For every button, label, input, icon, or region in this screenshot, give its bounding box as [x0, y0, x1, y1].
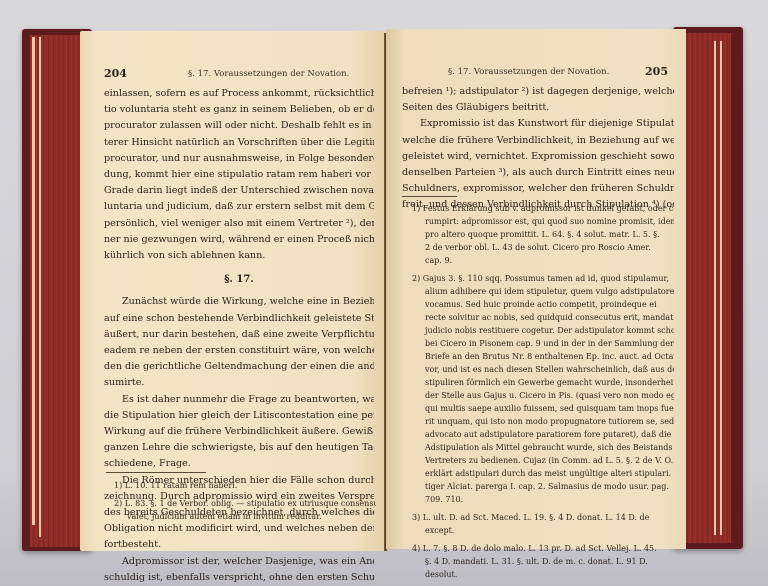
text-line: Schuldners, expromissor, welcher den frü…	[402, 181, 674, 197]
footnote-line: valet, judicium autem etiam in invitum r…	[114, 510, 376, 523]
footnote-line: judicio nobis restituere cogetur. Der ad…	[412, 324, 674, 337]
text-line: sumirte.	[104, 375, 374, 391]
right-page: §. 17. Voraussetzungen der Novation. 205…	[386, 29, 686, 549]
text-line: äußert, nur darin bestehen, daß eine zwe…	[104, 327, 374, 343]
text-line: Zunächst würde die Wirkung, welche eine …	[104, 294, 374, 310]
gilt-line	[32, 37, 35, 525]
footnote-line: tiger Alciat. parerga I. cap. 2. Salmasi…	[412, 480, 674, 493]
footnote-line: der Stelle aus Gajus u. Cicero in Pis. (…	[412, 389, 674, 402]
footnotes: 1) L. 10. 11 ratam rem haberi. 2) L. 83.…	[114, 479, 376, 528]
footnote-line: rumpirt: adpromissor est, qui quod suo n…	[412, 215, 674, 228]
text-line: luntaria und judicium, daß zur erstern s…	[104, 199, 374, 215]
text-line: eadem re neben der ersten constituirt wä…	[104, 343, 374, 359]
footnote-line: cap. 9.	[412, 254, 674, 267]
footnote-line: except.	[412, 524, 674, 537]
footnotes: 1) Festus Erklärung sub v. adpromissor i…	[412, 202, 674, 586]
footnote-line: desolut.	[412, 568, 674, 581]
text-line: ner nie gezwungen wird, während er einen…	[104, 232, 374, 248]
footnote-line: Vertreters zu bedienen. Cujaz (in Comm. …	[412, 454, 674, 467]
text-line: denselben Parteien ³), als auch durch Ei…	[402, 165, 674, 181]
text-line: Adpromissor ist der, welcher Dasjenige, …	[104, 554, 374, 570]
text-line: auf eine schon bestehende Verbindlichkei…	[104, 311, 374, 327]
text-line: befreien ¹); adstipulator ²) ist dagegen…	[402, 84, 674, 100]
text-line: die Stipulation hier gleich der Litiscon…	[104, 408, 374, 424]
text-line: geleistet wird, vernichtet. Expromission…	[402, 149, 674, 165]
footnote-line: 1) Festus Erklärung sub v. adpromissor i…	[412, 202, 674, 215]
paragraph: Zunächst würde die Wirkung, welche eine …	[104, 294, 374, 391]
footnote-line: bei Cicero in Pisonem cap. 9 und in der …	[412, 337, 674, 350]
footnote-line: rit unquam, qui isto non modo propugnato…	[412, 415, 674, 428]
footnote-line: recte solvitur ac nobis, sed quidquid co…	[412, 311, 674, 324]
footnote-line: 709. 710.	[412, 493, 674, 506]
text-line: Expromissio ist das Kunstwort für diejen…	[402, 116, 674, 132]
text-line: Grade darin liegt indeß der Unterschied …	[104, 183, 374, 199]
footnote-line: alium adhibere qui idem stipuletur, quem…	[412, 285, 674, 298]
footnote-line: 4) L. 7. §. 8 D. de dolo malo. L. 13 pr.…	[412, 542, 674, 555]
text-line: Es ist daher nunmehr die Frage zu beantw…	[104, 392, 374, 408]
gilt-line	[720, 41, 722, 535]
page-number: 205	[645, 65, 668, 78]
footnote: 3) L. ult. D. ad Sct. Maced. L. 19. §. 4…	[412, 511, 674, 537]
text-line: kührlich von sich ablehnen kann.	[104, 248, 374, 264]
footnote: 2) L. 83. §. 1 de Verbor. oblig. — stipu…	[114, 497, 376, 523]
footnote-line: advocato aut adstipulatore paratiorem fo…	[412, 428, 674, 441]
footnote-line: pro altero quoque promittit. L. 64. §. 4…	[412, 228, 674, 241]
footnote-line: Briefe an den Brutus Nr. 8 enthaltenen E…	[412, 350, 674, 363]
footnote-line: 2) L. 83. §. 1 de Verbor. oblig. — stipu…	[114, 497, 376, 510]
open-book: 204 §. 17. Voraussetzungen der Novation.…	[22, 27, 743, 555]
text-line: fortbesteht.	[104, 537, 374, 553]
footnote: 4) L. 7. §. 8 D. de dolo malo. L. 13 pr.…	[412, 542, 674, 581]
text-line: schiedene, Frage.	[104, 456, 374, 472]
footnote-rule	[402, 196, 457, 197]
section-heading: §. 17.	[104, 272, 374, 288]
footnote-line: qui multis saepe auxilio fuissem, sed qu…	[412, 402, 674, 415]
footnote-line: 2 de verbor obl. L. 43 de solut. Cicero …	[412, 241, 674, 254]
text-line: den die gerichtliche Geltendmachung der …	[104, 359, 374, 375]
footnote-line: vor, und ist es nach diesen Stellen wahr…	[412, 363, 674, 376]
page-edges-right	[679, 33, 731, 543]
footnote-line: Adstipulation als Mittel gebraucht wurde…	[412, 441, 674, 454]
text-line: welche die frühere Verbindlichkeit, in B…	[402, 133, 674, 149]
left-page: 204 §. 17. Voraussetzungen der Novation.…	[80, 31, 386, 551]
running-head: §. 17. Voraussetzungen der Novation.	[448, 67, 609, 77]
paragraph: einlassen, sofern es auf Process ankommt…	[104, 86, 374, 264]
body-text: befreien ¹); adstipulator ²) ist dagegen…	[402, 84, 674, 214]
footnote-line: 1) L. 10. 11 ratam rem haberi.	[114, 479, 376, 492]
paragraph: Adpromissor ist der, welcher Dasjenige, …	[104, 554, 374, 586]
paragraph: befreien ¹); adstipulator ²) ist dagegen…	[402, 84, 674, 116]
footnote-line: §. 4 D. mandati. L. 31. §. ult. D. de m.…	[412, 555, 674, 568]
footnote-rule	[106, 472, 206, 473]
paragraph: Expromissio ist das Kunstwort für diejen…	[402, 116, 674, 213]
gilt-line	[39, 37, 41, 537]
footnote: 2) Gajus 3. §. 110 sqq. Possumus tamen a…	[412, 272, 674, 506]
text-line: tio voluntaria steht es ganz in seinem B…	[104, 102, 374, 118]
footnote-line: stipuliren förmlich ein Gewerbe gemacht …	[412, 376, 674, 389]
footnote-line: 2) Gajus 3. §. 110 sqq. Possumus tamen a…	[412, 272, 674, 285]
footnote-line: 3) L. ult. D. ad Sct. Maced. L. 19. §. 4…	[412, 511, 674, 524]
text-line: terer Hinsicht natürlich an Vorschriften…	[104, 135, 374, 151]
footnote: 1) L. 10. 11 ratam rem haberi.	[114, 479, 376, 492]
page-edges-left	[30, 35, 82, 547]
text-line: procurator, und nur ausnahmsweise, in Fo…	[104, 151, 374, 167]
text-line: Wirkung auf die frühere Verbindlichkeit …	[104, 424, 374, 440]
text-line: Seiten des Gläubigers beitritt.	[402, 100, 674, 116]
footnote: 1) Festus Erklärung sub v. adpromissor i…	[412, 202, 674, 267]
text-line: ganzen Lehre die schwierigste, bis auf d…	[104, 440, 374, 456]
page-number: 204	[104, 67, 127, 80]
running-head: §. 17. Voraussetzungen der Novation.	[188, 69, 349, 79]
text-line: persönlich, viel weniger also mit einem …	[104, 216, 374, 232]
gilt-line	[714, 41, 716, 535]
text-line: dung, kommt hier eine stipulatio ratam r…	[104, 167, 374, 183]
text-line: procurator zulassen will oder nicht. Des…	[104, 118, 374, 134]
footnote-line: erklärt adstipulari durch das meist ungü…	[412, 467, 674, 480]
footnote-line: vocamus. Sed huic proinde actio competit…	[412, 298, 674, 311]
paragraph: Es ist daher nunmehr die Frage zu beantw…	[104, 392, 374, 473]
text-line: einlassen, sofern es auf Process ankommt…	[104, 86, 374, 102]
text-line: schuldig ist, ebenfalls verspricht, ohne…	[104, 570, 374, 586]
